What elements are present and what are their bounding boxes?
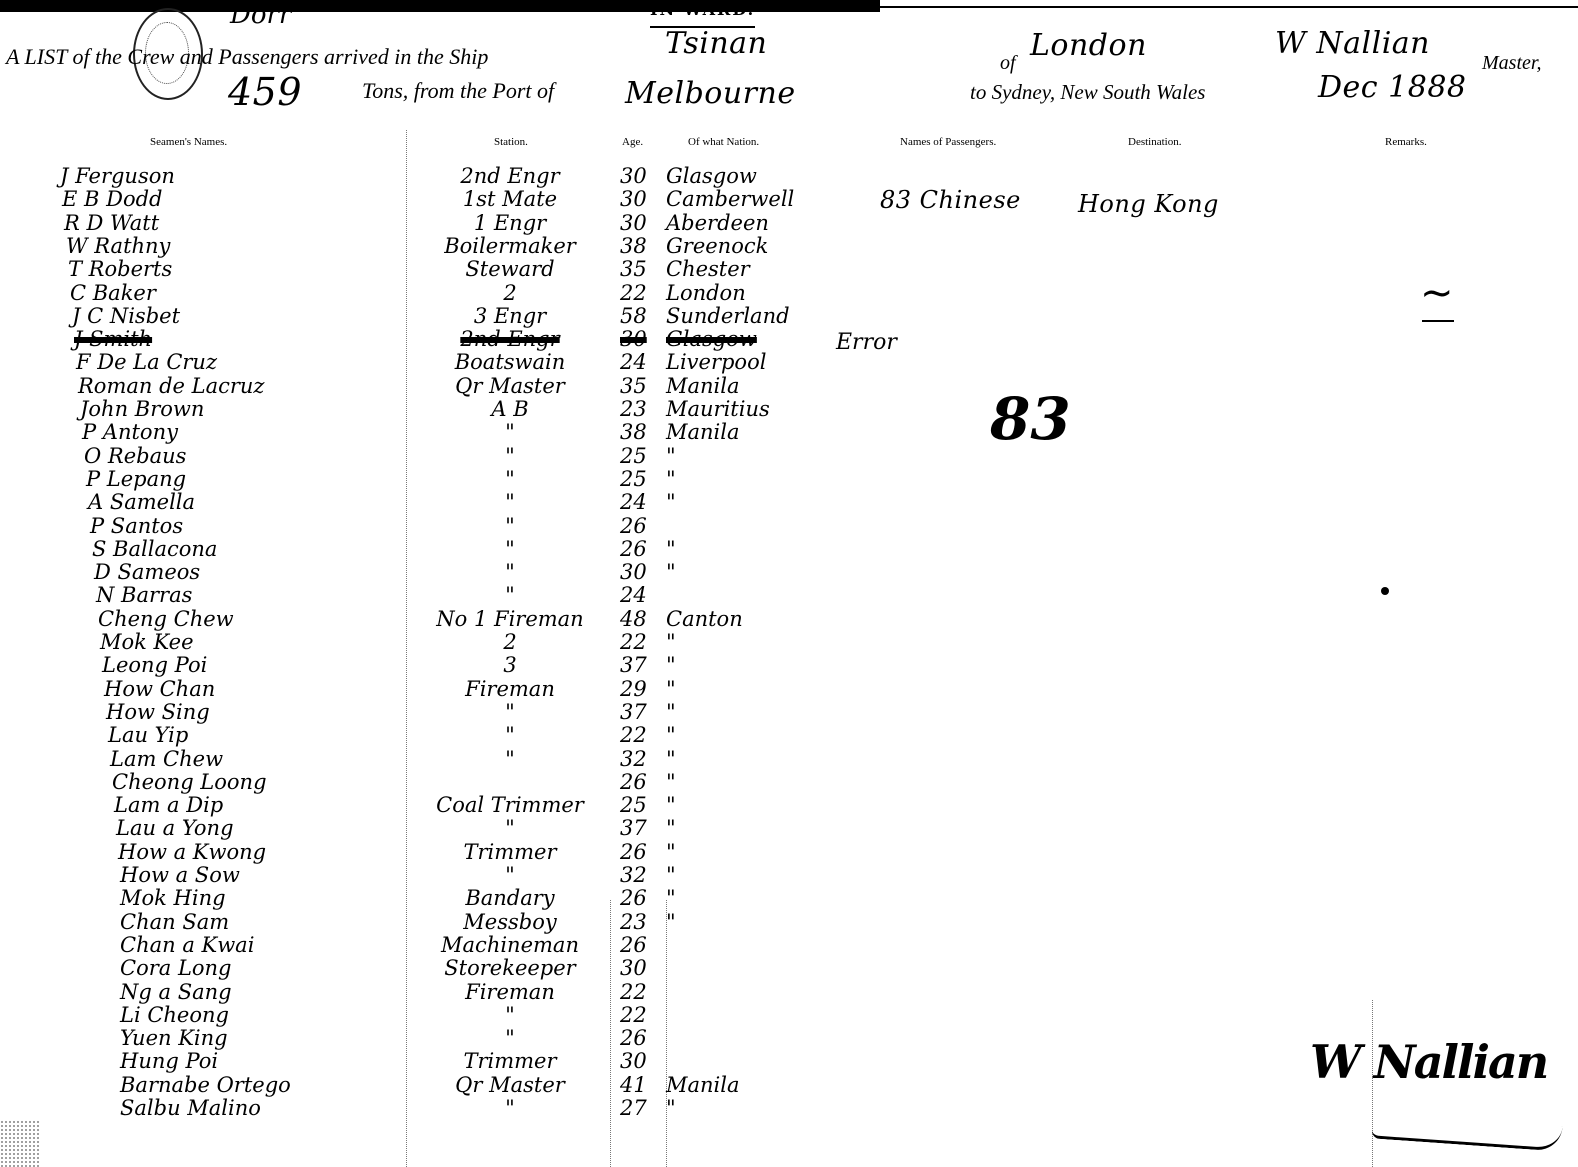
seaman-age: 22 xyxy=(620,980,664,1004)
seaman-station: No 1 Fireman xyxy=(420,607,600,631)
seaman-station: Boilermaker xyxy=(420,234,600,258)
seaman-age: 37 xyxy=(620,816,664,840)
table-row: J Smith2nd Engr30Glasgow xyxy=(0,327,1578,351)
ship-name: Tsinan xyxy=(665,26,767,61)
seaman-name: C Baker xyxy=(70,281,156,305)
seaman-name: How Sing xyxy=(106,700,210,724)
seaman-nation: London xyxy=(666,281,746,305)
seaman-age: 48 xyxy=(620,607,664,631)
seaman-station: Messboy xyxy=(420,910,600,934)
seaman-name: F De La Cruz xyxy=(76,350,217,374)
seaman-station: " xyxy=(420,444,600,468)
manifest-page: Dorr IN WARD. A LIST of the Crew and Pas… xyxy=(0,0,1578,1167)
seaman-nation: Camberwell xyxy=(666,187,794,211)
seaman-station: A B xyxy=(420,397,600,421)
table-row: How Sing"37" xyxy=(0,700,1578,724)
seaman-age: 22 xyxy=(620,1003,664,1027)
seaman-name: Cora Long xyxy=(120,956,232,980)
seaman-age: 29 xyxy=(620,677,664,701)
seaman-age: 24 xyxy=(620,350,664,374)
table-row: How a KwongTrimmer26" xyxy=(0,840,1578,864)
home-port: London xyxy=(1030,28,1147,63)
seaman-nation: Liverpool xyxy=(666,350,766,374)
seaman-age: 41 xyxy=(620,1073,664,1097)
seaman-age: 26 xyxy=(620,770,664,794)
table-row: Lau Yip"22" xyxy=(0,723,1578,747)
table-row: Cheong Loong26" xyxy=(0,770,1578,794)
seaman-age: 30 xyxy=(620,560,664,584)
seaman-age: 26 xyxy=(620,886,664,910)
table-row: Li Cheong"22 xyxy=(0,1003,1578,1027)
seaman-name: Roman de Lacruz xyxy=(78,374,265,398)
seaman-station: " xyxy=(420,816,600,840)
scan-noise xyxy=(0,1120,40,1167)
seaman-age: 23 xyxy=(620,910,664,934)
seaman-station: " xyxy=(420,537,600,561)
table-row: Lam a DipCoal Trimmer25" xyxy=(0,793,1578,817)
seaman-nation: " xyxy=(666,467,676,491)
seaman-nation: " xyxy=(666,816,676,840)
seaman-station: " xyxy=(420,420,600,444)
seaman-age: 35 xyxy=(620,374,664,398)
seaman-station: 3 xyxy=(420,653,600,677)
seaman-name: Lam a Dip xyxy=(114,793,223,817)
seaman-name: N Barras xyxy=(96,583,192,607)
table-row: P Lepang"25" xyxy=(0,467,1578,491)
seaman-nation: Aberdeen xyxy=(666,211,769,235)
seaman-age: 24 xyxy=(620,490,664,514)
seaman-age: 32 xyxy=(620,863,664,887)
tons-label: Tons, from the Port of xyxy=(362,78,554,104)
table-row: Leong Poi337" xyxy=(0,653,1578,677)
seaman-station: Qr Master xyxy=(420,374,600,398)
seaman-nation: Manila xyxy=(666,420,740,444)
seaman-nation: " xyxy=(666,910,676,934)
seaman-station: Machineman xyxy=(420,933,600,957)
table-row: A Samella"24" xyxy=(0,490,1578,514)
seaman-age: 38 xyxy=(620,420,664,444)
table-row: Chan a KwaiMachineman26 xyxy=(0,933,1578,957)
col-seamens-names: Seamen's Names. xyxy=(150,136,227,148)
seaman-name: D Sameos xyxy=(94,560,200,584)
seaman-nation: " xyxy=(666,700,676,724)
seaman-name: P Lepang xyxy=(86,467,186,491)
master-label: Master, xyxy=(1482,52,1541,75)
seaman-station: Trimmer xyxy=(420,1049,600,1073)
to-label: to Sydney, New South Wales xyxy=(970,80,1205,105)
seaman-station: Bandary xyxy=(420,886,600,910)
remark-tilde-mark: ~ xyxy=(1420,270,1454,316)
table-row: Salbu Malino"27" xyxy=(0,1096,1578,1120)
seaman-nation: " xyxy=(666,793,676,817)
seaman-nation: " xyxy=(666,770,676,794)
seaman-station: Storekeeper xyxy=(420,956,600,980)
seaman-age: 23 xyxy=(620,397,664,421)
seaman-name: Lau a Yong xyxy=(116,816,234,840)
seaman-name: Chan a Kwai xyxy=(120,933,254,957)
table-row: C Baker222London xyxy=(0,281,1578,305)
table-row: Lau a Yong"37" xyxy=(0,816,1578,840)
seaman-nation: Manila xyxy=(666,374,740,398)
seaman-nation: " xyxy=(666,630,676,654)
seaman-station: " xyxy=(420,1096,600,1120)
seaman-station: " xyxy=(420,583,600,607)
seaman-station: Trimmer xyxy=(420,840,600,864)
seaman-age: 38 xyxy=(620,234,664,258)
seaman-name: P Santos xyxy=(90,514,183,538)
seaman-station: " xyxy=(420,747,600,771)
from-port: Melbourne xyxy=(625,76,796,111)
col-station: Station. xyxy=(494,136,528,148)
seaman-name: Barnabe Ortego xyxy=(120,1073,291,1097)
table-row: F De La CruzBoatswain24Liverpool xyxy=(0,350,1578,374)
table-row: T RobertsSteward35Chester xyxy=(0,257,1578,281)
seaman-name: Lau Yip xyxy=(108,723,188,747)
seaman-name: How Chan xyxy=(104,677,215,701)
seaman-nation: " xyxy=(666,1096,676,1120)
master-name: W Nallian xyxy=(1275,26,1430,61)
table-row: J C Nisbet3 Engr58Sunderland xyxy=(0,304,1578,328)
seaman-age: 26 xyxy=(620,1026,664,1050)
seaman-nation: " xyxy=(666,537,676,561)
seaman-name: Chan Sam xyxy=(120,910,229,934)
seaman-age: 30 xyxy=(620,956,664,980)
seaman-name: W Rathny xyxy=(66,234,170,258)
seaman-nation: Sunderland xyxy=(666,304,790,328)
seaman-name: Mok Kee xyxy=(100,630,194,654)
table-row: Lam Chew"32" xyxy=(0,747,1578,771)
seaman-age: 26 xyxy=(620,933,664,957)
seaman-age: 58 xyxy=(620,304,664,328)
seaman-age: 22 xyxy=(620,723,664,747)
seaman-nation: " xyxy=(666,863,676,887)
seaman-nation: Glasgow xyxy=(666,327,757,351)
seaman-station: 1 Engr xyxy=(420,211,600,235)
seaman-name: Li Cheong xyxy=(120,1003,229,1027)
ink-dot xyxy=(1381,587,1389,595)
table-row: W RathnyBoilermaker38Greenock xyxy=(0,234,1578,258)
seaman-station: 1st Mate xyxy=(420,187,600,211)
manifest-date: Dec 1888 xyxy=(1318,70,1467,105)
seaman-nation: " xyxy=(666,840,676,864)
seaman-name: T Roberts xyxy=(68,257,172,281)
seaman-name: J Smith xyxy=(74,327,152,351)
seaman-station: 2 xyxy=(420,281,600,305)
table-row: R D Watt1 Engr30Aberdeen xyxy=(0,211,1578,235)
seaman-station: 2 xyxy=(420,630,600,654)
col-age: Age. xyxy=(622,136,643,148)
seaman-age: 25 xyxy=(620,793,664,817)
tally-count: 83 xyxy=(990,385,1071,453)
seaman-age: 22 xyxy=(620,281,664,305)
rule-line xyxy=(880,6,1578,8)
seaman-station: " xyxy=(420,467,600,491)
seaman-station: " xyxy=(420,490,600,514)
seaman-station: Fireman xyxy=(420,980,600,1004)
table-row: E B Dodd1st Mate30Camberwell xyxy=(0,187,1578,211)
seaman-station: 2nd Engr xyxy=(420,327,600,351)
seaman-station: 3 Engr xyxy=(420,304,600,328)
table-row: How a Sow"32" xyxy=(0,863,1578,887)
seaman-station: " xyxy=(420,1026,600,1050)
of-label: of xyxy=(1000,52,1016,75)
col-destination: Destination. xyxy=(1128,136,1181,148)
table-row: O Rebaus"25" xyxy=(0,444,1578,468)
seaman-name: P Antony xyxy=(82,420,178,444)
seaman-name: How a Sow xyxy=(120,863,240,887)
seaman-station: " xyxy=(420,1003,600,1027)
seaman-station: " xyxy=(420,723,600,747)
seaman-age: 30 xyxy=(620,1049,664,1073)
table-row: S Ballacona"26" xyxy=(0,537,1578,561)
seaman-age: 27 xyxy=(620,1096,664,1120)
seaman-nation: Greenock xyxy=(666,234,768,258)
tonnage: 459 xyxy=(228,70,302,114)
seaman-name: E B Dodd xyxy=(62,187,162,211)
seaman-name: Hung Poi xyxy=(120,1049,218,1073)
seaman-name: Ng a Sang xyxy=(120,980,232,1004)
seaman-nation: Glasgow xyxy=(666,164,757,188)
error-note: Error xyxy=(836,330,897,355)
seaman-station: Qr Master xyxy=(420,1073,600,1097)
seaman-nation: " xyxy=(666,490,676,514)
seaman-nation: " xyxy=(666,723,676,747)
table-row: D Sameos"30" xyxy=(0,560,1578,584)
table-row: How ChanFireman29" xyxy=(0,677,1578,701)
seaman-name: Mok Hing xyxy=(120,886,226,910)
seaman-age: 30 xyxy=(620,187,664,211)
col-remarks: Remarks. xyxy=(1385,136,1427,148)
table-row: Cora LongStorekeeper30 xyxy=(0,956,1578,980)
seaman-nation: " xyxy=(666,677,676,701)
table-row: P Santos"26 xyxy=(0,514,1578,538)
seaman-nation: " xyxy=(666,560,676,584)
table-row: Mok Kee222" xyxy=(0,630,1578,654)
seaman-age: 30 xyxy=(620,211,664,235)
table-row: Mok HingBandary26" xyxy=(0,886,1578,910)
seaman-name: Cheng Chew xyxy=(98,607,234,631)
seaman-name: J Ferguson xyxy=(60,164,175,188)
seaman-nation: Mauritius xyxy=(666,397,770,421)
table-row: N Barras"24 xyxy=(0,583,1578,607)
seaman-age: 22 xyxy=(620,630,664,654)
seaman-name: J C Nisbet xyxy=(72,304,180,328)
seaman-station: 2nd Engr xyxy=(420,164,600,188)
seaman-age: 35 xyxy=(620,257,664,281)
seaman-name: R D Watt xyxy=(64,211,159,235)
top-heading-fragment: IN WARD. xyxy=(650,0,755,19)
seaman-name: Cheong Loong xyxy=(112,770,267,794)
table-row: Chan SamMessboy23" xyxy=(0,910,1578,934)
seaman-name: How a Kwong xyxy=(118,840,266,864)
seaman-nation: Chester xyxy=(666,257,750,281)
top-handwritten-scrawl: Dorr xyxy=(230,0,291,30)
seaman-station: " xyxy=(420,700,600,724)
seaman-age: 26 xyxy=(620,514,664,538)
seaman-age: 37 xyxy=(620,653,664,677)
table-row: Roman de LacruzQr Master35Manila xyxy=(0,374,1578,398)
table-row: John BrownA B23Mauritius xyxy=(0,397,1578,421)
seaman-nation: " xyxy=(666,444,676,468)
table-row: J Ferguson2nd Engr30Glasgow xyxy=(0,164,1578,188)
seaman-age: 25 xyxy=(620,444,664,468)
seaman-age: 30 xyxy=(620,164,664,188)
seaman-nation: " xyxy=(666,747,676,771)
seaman-age: 30 xyxy=(620,327,664,351)
seaman-station: Fireman xyxy=(420,677,600,701)
seaman-name: O Rebaus xyxy=(84,444,186,468)
table-row: Cheng ChewNo 1 Fireman48Canton xyxy=(0,607,1578,631)
col-nation: Of what Nation. xyxy=(688,136,759,148)
seaman-name: Yuen King xyxy=(120,1026,228,1050)
seaman-nation: " xyxy=(666,653,676,677)
seaman-nation: " xyxy=(666,886,676,910)
seaman-station: " xyxy=(420,863,600,887)
seaman-age: 25 xyxy=(620,467,664,491)
col-passenger-names: Names of Passengers. xyxy=(900,136,996,148)
master-signature: W Nallian xyxy=(1310,1035,1547,1089)
seaman-age: 37 xyxy=(620,700,664,724)
table-row: Ng a SangFireman22 xyxy=(0,980,1578,1004)
seaman-age: 26 xyxy=(620,840,664,864)
seaman-station: Boatswain xyxy=(420,350,600,374)
seaman-age: 26 xyxy=(620,537,664,561)
seaman-station: " xyxy=(420,514,600,538)
seaman-name: A Samella xyxy=(88,490,195,514)
seaman-name: Salbu Malino xyxy=(120,1096,261,1120)
seaman-age: 32 xyxy=(620,747,664,771)
seaman-nation: Canton xyxy=(666,607,743,631)
seaman-name: Lam Chew xyxy=(110,747,223,771)
seaman-nation: Manila xyxy=(666,1073,740,1097)
table-row: P Antony"38Manila xyxy=(0,420,1578,444)
seaman-age: 24 xyxy=(620,583,664,607)
seaman-station: Coal Trimmer xyxy=(420,793,600,817)
seaman-name: John Brown xyxy=(80,397,204,421)
seaman-station: " xyxy=(420,560,600,584)
seaman-name: S Ballacona xyxy=(92,537,217,561)
title-printed: A LIST of the Crew and Passengers arrive… xyxy=(6,44,488,70)
seaman-name: Leong Poi xyxy=(102,653,207,677)
seaman-station: Steward xyxy=(420,257,600,281)
